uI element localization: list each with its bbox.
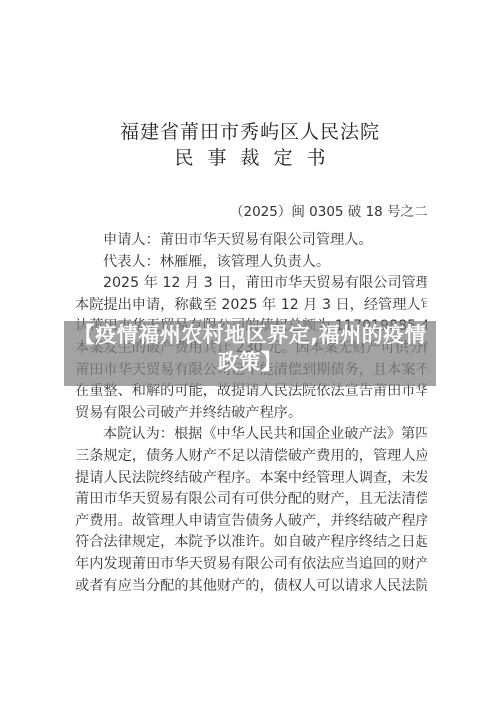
body-line: 提请人民法院终结破产程序。本案中经管理人调查，未发现	[75, 468, 427, 490]
body-line: 2025 年 12 月 3 日，莆田市华天贸易有限公司管理人向	[75, 273, 427, 295]
article-title-overlay: 【疫情福州农村地区界定,福州的疫情 政策】	[64, 322, 436, 376]
body-line: 莆田市华天贸易有限公司有可供分配的财产，且无法清偿破	[75, 489, 427, 511]
document-page: 福建省莆田市秀屿区人民法院 民事裁定书 （2025）闽 0305 破 18 号之…	[0, 0, 500, 707]
body-line: 代表人：林雁雁，该管理人负责人。	[75, 252, 427, 274]
body-line: 三条规定，债务人财产不足以清偿破产费用的，管理人应当	[75, 446, 427, 468]
case-number: （2025）闽 0305 破 18 号之二	[230, 200, 428, 220]
body-line: 本院提出申请，称截至 2025 年 12 月 3 日，经管理人审查确	[75, 295, 427, 317]
body-line: 符合法律规定，本院予以准许。如自破产程序终结之日起二	[75, 532, 427, 554]
body-line: 产费用。故管理人申请宣告债务人破产，并终结破产程序，	[75, 511, 427, 533]
document-type-title: 民事裁定书	[0, 143, 500, 170]
ruling-body: 申请人：莆田市华天贸易有限公司管理人。 代表人：林雁雁，该管理人负责人。 202…	[75, 230, 427, 597]
body-line: 年内发现莆田市华天贸易有限公司有依法应当追回的财产	[75, 554, 427, 576]
overlay-title-line-1: 【疫情福州农村地区界定,福州的疫情	[64, 322, 436, 349]
court-name: 福建省莆田市秀屿区人民法院	[0, 117, 500, 144]
body-line: 或者有应当分配的其他财产的，债权人可以请求人民法院追	[75, 576, 427, 598]
body-line: 本院认为：根据《中华人民共和国企业破产法》第四十	[75, 424, 427, 446]
body-line: 申请人：莆田市华天贸易有限公司管理人。	[75, 230, 427, 252]
body-line: 贸易有限公司破产并终结破产程序。	[75, 403, 427, 425]
overlay-title-line-2: 政策】	[64, 349, 436, 376]
